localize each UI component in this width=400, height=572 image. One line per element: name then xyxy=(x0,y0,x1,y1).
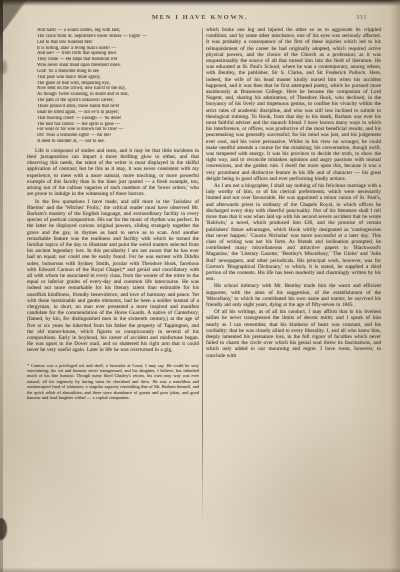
paragraph-barham-mastery: In the few quotations I have made, and s… xyxy=(27,199,199,354)
paragraph-injuries-continuation: which broke one leg and injured the othe… xyxy=(206,27,381,182)
poem-line: A deed to shudder at, — not to see. xyxy=(37,139,199,145)
footnote-cannon: * Cannon was a privileged wit and droll,… xyxy=(27,363,199,401)
paragraph-not-a-biographer: As I am not a biographer, I shall say no… xyxy=(206,183,381,282)
scan-edge-left xyxy=(0,0,3,572)
running-header: MEN I HAVE KNOWN. 311 xyxy=(0,14,400,26)
left-column: And hark! — a sound comes, big with fate… xyxy=(27,27,199,526)
right-column: which broke one leg and injured the othe… xyxy=(206,27,381,526)
paragraph-smiles-and-tears: Life is composed of smiles and tears, an… xyxy=(27,148,199,198)
scan-edge-top xyxy=(0,0,400,6)
running-header-title: MEN I HAVE KNOWN. xyxy=(0,14,400,21)
poem-quote: And hark! — a sound comes, big with fate… xyxy=(37,28,199,145)
text-block: And hark! — a sound comes, big with fate… xyxy=(27,27,381,526)
scan-edge-bottom xyxy=(0,567,400,572)
paragraph-bentley-intimacy: His school intimacy with Mr. Bentley mad… xyxy=(206,283,381,308)
column-divider xyxy=(202,28,203,526)
scan-edge-right xyxy=(390,0,400,572)
scanned-book-page: MEN I HAVE KNOWN. 311 And hark! — a soun… xyxy=(0,0,400,572)
scan-smudge xyxy=(1,60,7,74)
page-number: 311 xyxy=(356,14,367,21)
scan-edge-notch xyxy=(0,518,7,540)
paragraph-of-all-his-writings: Of all his writings, as of all his condu… xyxy=(206,309,381,359)
